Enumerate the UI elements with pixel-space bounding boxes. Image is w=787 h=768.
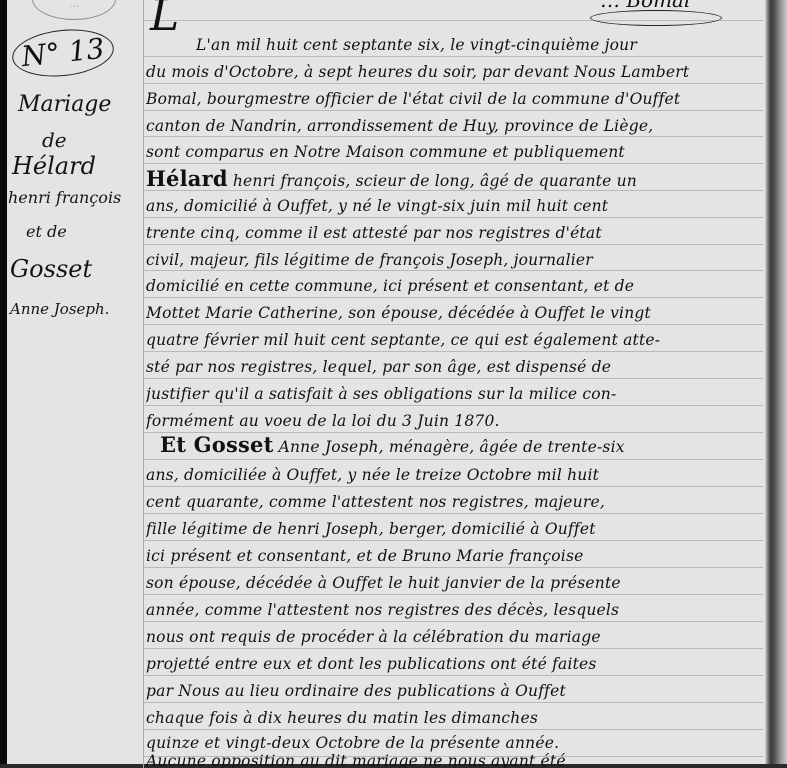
ruled-line (143, 244, 763, 245)
body-line: chaque fois à dix heures du matin les di… (146, 709, 766, 727)
body-line: du mois d'Octobre, à sept heures du soir… (146, 63, 766, 81)
official-stamp: … (32, 0, 116, 20)
body-line: domicilié en cette commune, ici présent … (146, 277, 766, 295)
ruled-line (143, 648, 763, 649)
bride-entry-line: Et Gosset Anne Joseph, ménagère, âgée de… (160, 432, 780, 457)
body-line: fille légitime de henri Joseph, berger, … (146, 520, 766, 538)
ruled-line (143, 297, 763, 298)
ruled-line (143, 486, 763, 487)
margin-de: de (42, 128, 67, 152)
body-line: cent quarante, comme l'attestent nos reg… (146, 493, 766, 511)
scan-right-border (765, 0, 787, 768)
scan-left-border (0, 0, 7, 768)
ruled-line (143, 270, 763, 271)
ruled-line (143, 405, 763, 406)
ruled-line (143, 621, 763, 622)
ruled-line (143, 513, 763, 514)
ruled-line (143, 540, 763, 541)
margin-et-de: et de (26, 222, 67, 241)
body-line: par Nous au lieu ordinaire des publicati… (146, 682, 766, 700)
body-line: quinze et vingt-deux Octobre de la prése… (146, 734, 766, 752)
signature-flourish (590, 10, 722, 26)
body-line: année, comme l'attestent nos registres d… (146, 601, 766, 619)
body-line: sté par nos registres, lequel, par son â… (146, 358, 766, 376)
ruled-line (143, 378, 763, 379)
ruled-line (143, 56, 763, 57)
ruled-line (143, 83, 763, 84)
body-line: Mottet Marie Catherine, son épouse, décé… (146, 304, 766, 322)
margin-groom-surname: Hélard (12, 152, 96, 180)
body-line: L'an mil huit cent septante six, le ving… (196, 36, 766, 54)
ruled-line (143, 675, 763, 676)
margin-rule-line (143, 0, 144, 768)
record-number-badge: N° 13 (10, 25, 116, 81)
body-line: projetté entre eux et dont les publicati… (146, 655, 766, 673)
body-line: civil, majeur, fils légitime de françois… (146, 251, 766, 269)
body-line: son épouse, décédée à Ouffet le huit jan… (146, 574, 766, 592)
scanned-register-page: … N° 13 Mariage de Hélard henri françois… (0, 0, 787, 768)
body-line: ans, domiciliée à Ouffet, y née le treiz… (146, 466, 766, 484)
ruled-line (143, 594, 763, 595)
body-line: justifier qu'il a satisfait à ses obliga… (146, 385, 766, 403)
ruled-line (143, 217, 763, 218)
ruled-line (143, 567, 763, 568)
body-line: Bomal, bourgmestre officier de l'état ci… (146, 90, 766, 108)
body-line: formément au voeu de la loi du 3 Juin 18… (146, 412, 766, 430)
ruled-line (143, 163, 763, 164)
margin-title: Mariage (18, 92, 111, 117)
stamp-text: … (69, 0, 79, 10)
bride-surname-heading: Et Gosset (160, 432, 273, 457)
body-line: trente cinq, comme il est attesté par no… (146, 224, 766, 242)
groom-entry-line: Hélard henri françois, scieur de long, â… (146, 166, 766, 191)
ruled-line (143, 324, 763, 325)
margin-groom-given-names: henri françois (8, 188, 121, 207)
margin-bride-surname: Gosset (10, 255, 92, 283)
body-line: nous ont requis de procéder à la célébra… (146, 628, 766, 646)
body-line: Aucune opposition au dit mariage ne nous… (146, 752, 766, 768)
body-line: canton de Nandrin, arrondissement de Huy… (146, 117, 766, 135)
ruled-line (143, 136, 763, 137)
decorative-initial: L (150, 0, 179, 41)
ruled-line (143, 110, 763, 111)
record-number: N° 13 (20, 32, 106, 73)
body-line: quatre février mil huit cent septante, c… (146, 331, 766, 349)
ruled-line (143, 459, 763, 460)
ruled-line (143, 702, 763, 703)
margin-bride-given-names: Anne Joseph. (10, 300, 109, 318)
body-line: sont comparus en Notre Maison commune et… (146, 143, 766, 161)
ruled-line (143, 729, 763, 730)
ruled-line (143, 351, 763, 352)
groom-surname-heading: Hélard (146, 166, 228, 191)
body-line: ici présent et consentant, et de Bruno M… (146, 547, 766, 565)
body-line: ans, domicilié à Ouffet, y né le vingt-s… (146, 197, 766, 215)
